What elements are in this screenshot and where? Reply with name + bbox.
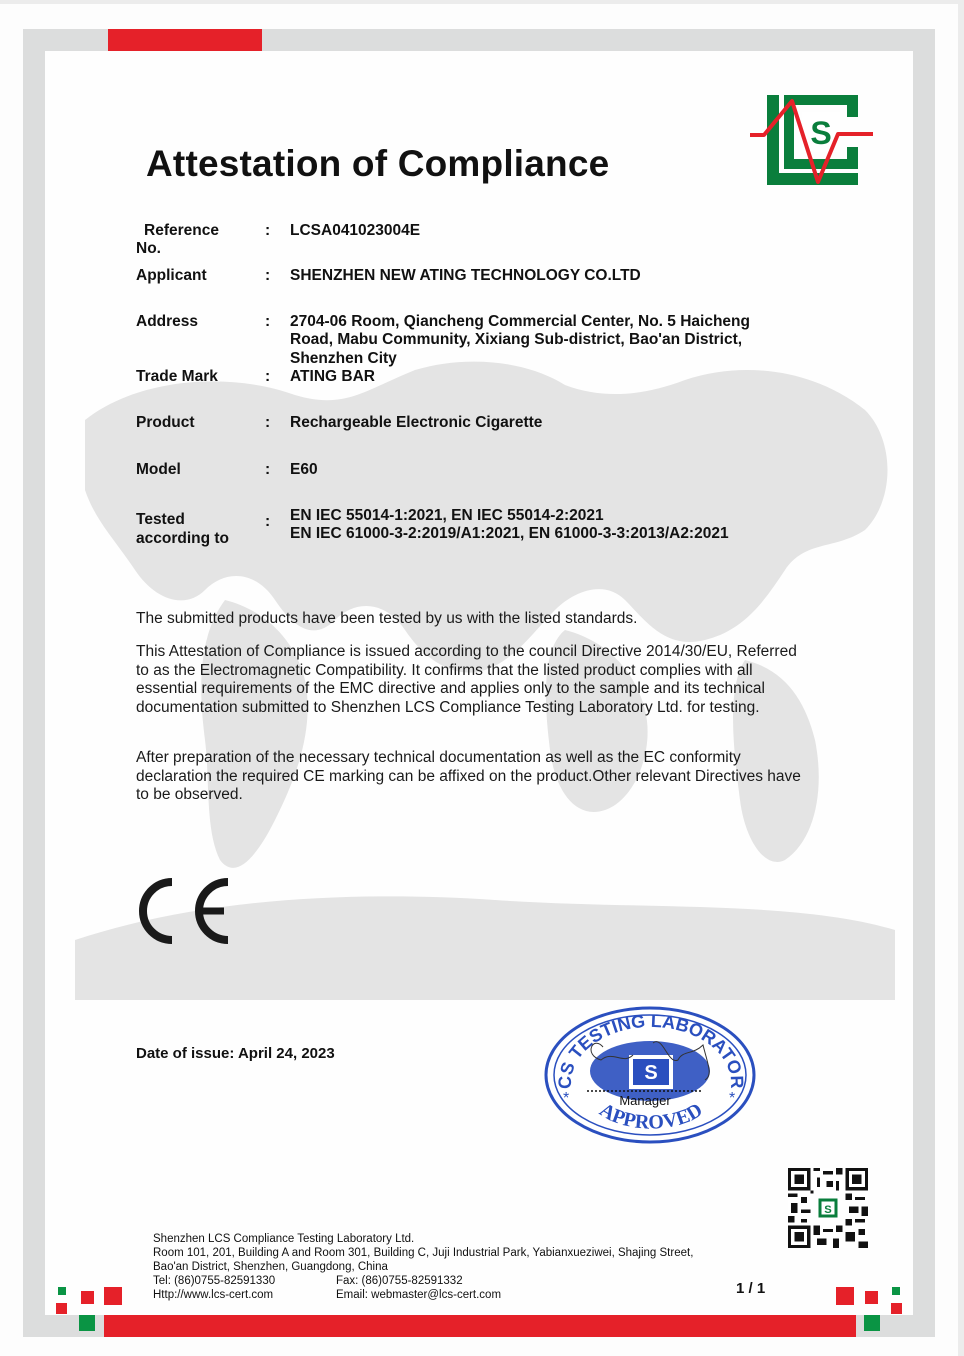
footer-fax: Fax: (86)0755-82591332 — [336, 1274, 463, 1288]
field-label-tested-cont: according to — [136, 530, 246, 549]
field-colon: : — [265, 313, 270, 332]
qr-code-icon: S — [787, 1168, 869, 1248]
field-colon: : — [265, 267, 270, 286]
svg-text:*: * — [563, 1090, 569, 1107]
field-label-reference: Reference — [144, 222, 254, 241]
decor-square — [58, 1287, 66, 1295]
decor-square — [836, 1287, 854, 1305]
footer-email-link[interactable]: Email: webmaster@lcs-cert.com — [336, 1288, 501, 1302]
document-title: Attestation of Compliance — [146, 143, 609, 185]
svg-text:S: S — [824, 1204, 832, 1216]
field-colon: : — [265, 513, 270, 532]
field-label-product: Product — [136, 414, 246, 433]
field-colon: : — [265, 461, 270, 480]
page-number: 1 / 1 — [736, 1280, 765, 1297]
field-label-trade-mark: Trade Mark — [136, 368, 246, 387]
field-value-model: E60 — [290, 461, 790, 480]
field-value-standards-line2: EN IEC 61000-3-2:2019/A1:2021, EN 61000-… — [290, 525, 810, 544]
decor-square — [79, 1315, 95, 1331]
field-label-address: Address — [136, 313, 246, 332]
decor-square — [81, 1291, 94, 1304]
field-value-standards-line1: EN IEC 55014-1:2021, EN IEC 55014-2:2021 — [290, 507, 810, 526]
field-label-applicant: Applicant — [136, 267, 246, 286]
decor-square — [56, 1303, 67, 1314]
decor-square — [864, 1315, 880, 1331]
field-value-address-line3: Shenzhen City — [290, 350, 790, 369]
svg-text:S: S — [644, 1062, 657, 1084]
footer-company: Shenzhen LCS Compliance Testing Laborato… — [153, 1232, 693, 1246]
svg-text:S: S — [810, 115, 831, 151]
field-label-tested: Tested — [136, 511, 246, 530]
field-label-reference-cont: No. — [136, 240, 246, 259]
field-value-reference: LCSA041023004E — [290, 222, 790, 241]
field-value-address-line1: 2704-06 Room, Qiancheng Commercial Cente… — [290, 313, 790, 332]
field-label-model: Model — [136, 461, 246, 480]
directive-paragraph: This Attestation of Compliance is issued… — [136, 643, 806, 717]
decor-square — [892, 1287, 900, 1295]
decor-square — [865, 1291, 878, 1304]
field-colon: : — [265, 414, 270, 433]
svg-text:*: * — [729, 1090, 735, 1107]
field-value-product: Rechargeable Electronic Cigarette — [290, 414, 790, 433]
decor-square — [104, 1287, 122, 1305]
bottom-red-bar — [104, 1315, 856, 1337]
field-colon: : — [265, 368, 270, 387]
field-value-address-line2: Road, Mabu Community, Xixiang Sub-distri… — [290, 331, 790, 350]
svg-text:Manager: Manager — [619, 1093, 671, 1108]
ce-marking-paragraph: After preparation of the necessary techn… — [136, 749, 806, 805]
footer: Shenzhen LCS Compliance Testing Laborato… — [153, 1232, 693, 1302]
footer-address-line1: Room 101, 201, Building A and Room 301, … — [153, 1246, 693, 1260]
footer-tel: Tel: (86)0755-82591330 — [153, 1275, 275, 1287]
footer-website-link[interactable]: Http://www.lcs-cert.com — [153, 1289, 273, 1301]
lcs-logo-icon: S — [750, 92, 875, 187]
field-value-trade-mark: ATING BAR — [290, 368, 790, 387]
ce-mark-icon — [136, 876, 232, 946]
decor-square — [891, 1303, 902, 1314]
field-value-applicant: SHENZHEN NEW ATING TECHNOLOGY CO.LTD — [290, 267, 790, 286]
field-colon: : — [265, 222, 270, 241]
approval-stamp: S LCS TESTING LABORATORY APPROVED * * Ma… — [543, 1005, 757, 1145]
date-of-issue: Date of issue: April 24, 2023 — [136, 1045, 335, 1062]
statement-paragraph: The submitted products have been tested … — [136, 610, 806, 629]
top-red-accent — [108, 29, 262, 51]
footer-address-line2: Bao'an District, Shenzhen, Guangdong, Ch… — [153, 1260, 693, 1274]
